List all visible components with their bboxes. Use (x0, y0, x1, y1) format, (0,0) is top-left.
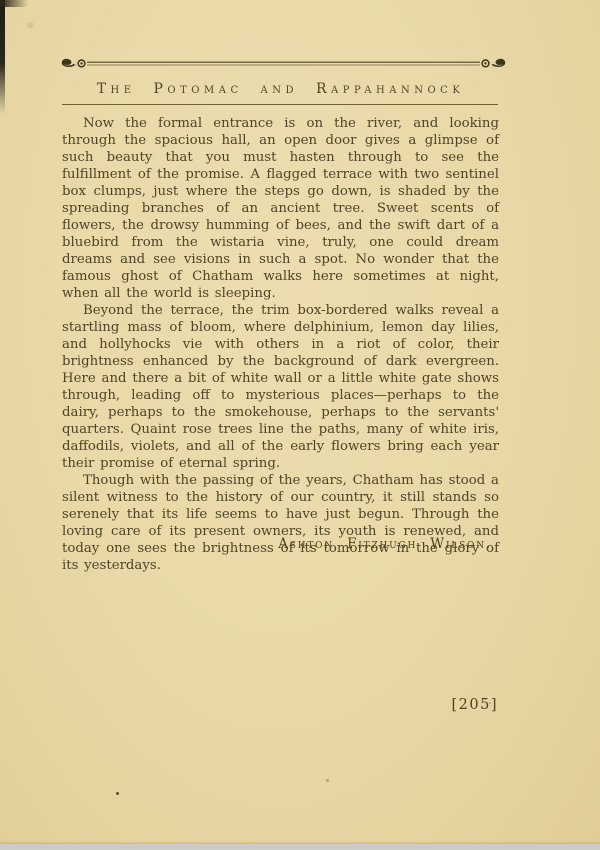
scan-edge-top-left (0, 0, 28, 7)
author-signature: Ashton Fitzhugh Wilson. (62, 536, 492, 552)
paragraph: Beyond the terrace, the trim box-bordere… (62, 302, 499, 472)
header-rule (62, 104, 498, 105)
scroll-flourish-left-icon (62, 59, 85, 67)
running-head-title: The Potomac and Rappahannock (62, 81, 499, 97)
paragraph: Now the formal entrance is on the river,… (62, 115, 499, 302)
paragraph: Though with the passing of the years, Ch… (62, 472, 499, 574)
paper-speck (326, 779, 329, 782)
paper-stain (27, 22, 34, 28)
scan-edge-bottom (0, 844, 600, 850)
book-page: The Potomac and Rappahannock Now the for… (0, 0, 600, 850)
header-rule-ornament (60, 56, 507, 71)
scan-edge-left (0, 0, 5, 114)
page-number: [205] (452, 697, 499, 713)
scroll-flourish-right-icon (482, 59, 505, 67)
paper-speck (116, 792, 119, 795)
body-text: Now the formal entrance is on the river,… (62, 115, 499, 574)
